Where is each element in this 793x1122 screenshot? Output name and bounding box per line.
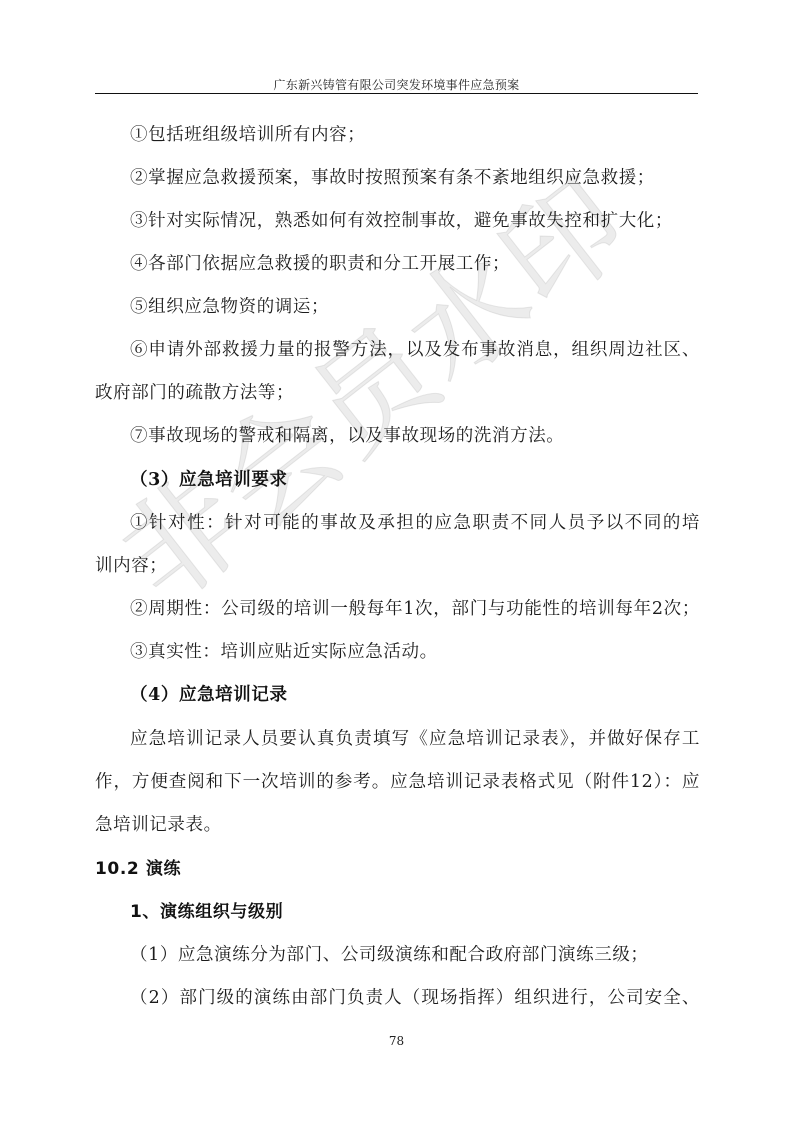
section-heading-10-2-drills: 10.2 演练 bbox=[95, 858, 700, 880]
list-item-6-line-1: ⑥申请外部救援力量的报警方法，以及发布事故消息，组织周边社区、 bbox=[130, 339, 700, 361]
list-item: ③针对实际情况，熟悉如何有效控制事故，避免事故失控和扩大化； bbox=[130, 210, 700, 232]
list-item-6-line-2: 政府部门的疏散方法等； bbox=[95, 382, 700, 404]
requirement-3: ③真实性：培训应贴近实际应急活动。 bbox=[130, 641, 700, 663]
records-paragraph-line-2: 作，方便查阅和下一次培训的参考。应急培训记录表格式见（附件12）：应 bbox=[95, 771, 700, 793]
records-paragraph-line-1: 应急培训记录人员要认真负责填写《应急培训记录表》，并做好保存工 bbox=[130, 728, 700, 750]
requirement-1-line-1: ①针对性：针对可能的事故及承担的应急职责不同人员予以不同的培 bbox=[130, 512, 700, 534]
section-heading-training-requirements: （3）应急培训要求 bbox=[130, 469, 700, 491]
drill-item-2: （2）部门级的演练由部门负责人（现场指挥）组织进行，公司安全、 bbox=[130, 987, 700, 1009]
running-header-title: 广东新兴铸管有限公司突发环境事件应急预案 bbox=[95, 76, 698, 93]
records-paragraph-line-3: 急培训记录表。 bbox=[95, 814, 700, 836]
page-number: 78 bbox=[0, 1034, 793, 1048]
list-item: ⑤组织应急物资的调运； bbox=[130, 296, 700, 318]
subsection-heading-drill-organization: 1、演练组织与级别 bbox=[130, 901, 700, 923]
header-divider bbox=[95, 93, 698, 94]
drill-item-1: （1）应急演练分为部门、公司级演练和配合政府部门演练三级； bbox=[130, 944, 700, 966]
list-item: ②掌握应急救援预案，事故时按照预案有条不紊地组织应急救援； bbox=[130, 167, 700, 189]
section-heading-training-records: （4）应急培训记录 bbox=[130, 684, 700, 706]
list-item: ①包括班组级培训所有内容； bbox=[130, 124, 700, 146]
requirement-2: ②周期性：公司级的培训一般每年1次，部门与功能性的培训每年2次； bbox=[130, 598, 700, 620]
list-item: ④各部门依据应急救援的职责和分工开展工作； bbox=[130, 253, 700, 275]
requirement-1-line-2: 训内容； bbox=[95, 555, 700, 577]
list-item-7: ⑦事故现场的警戒和隔离，以及事故现场的洗消方法。 bbox=[130, 425, 700, 447]
